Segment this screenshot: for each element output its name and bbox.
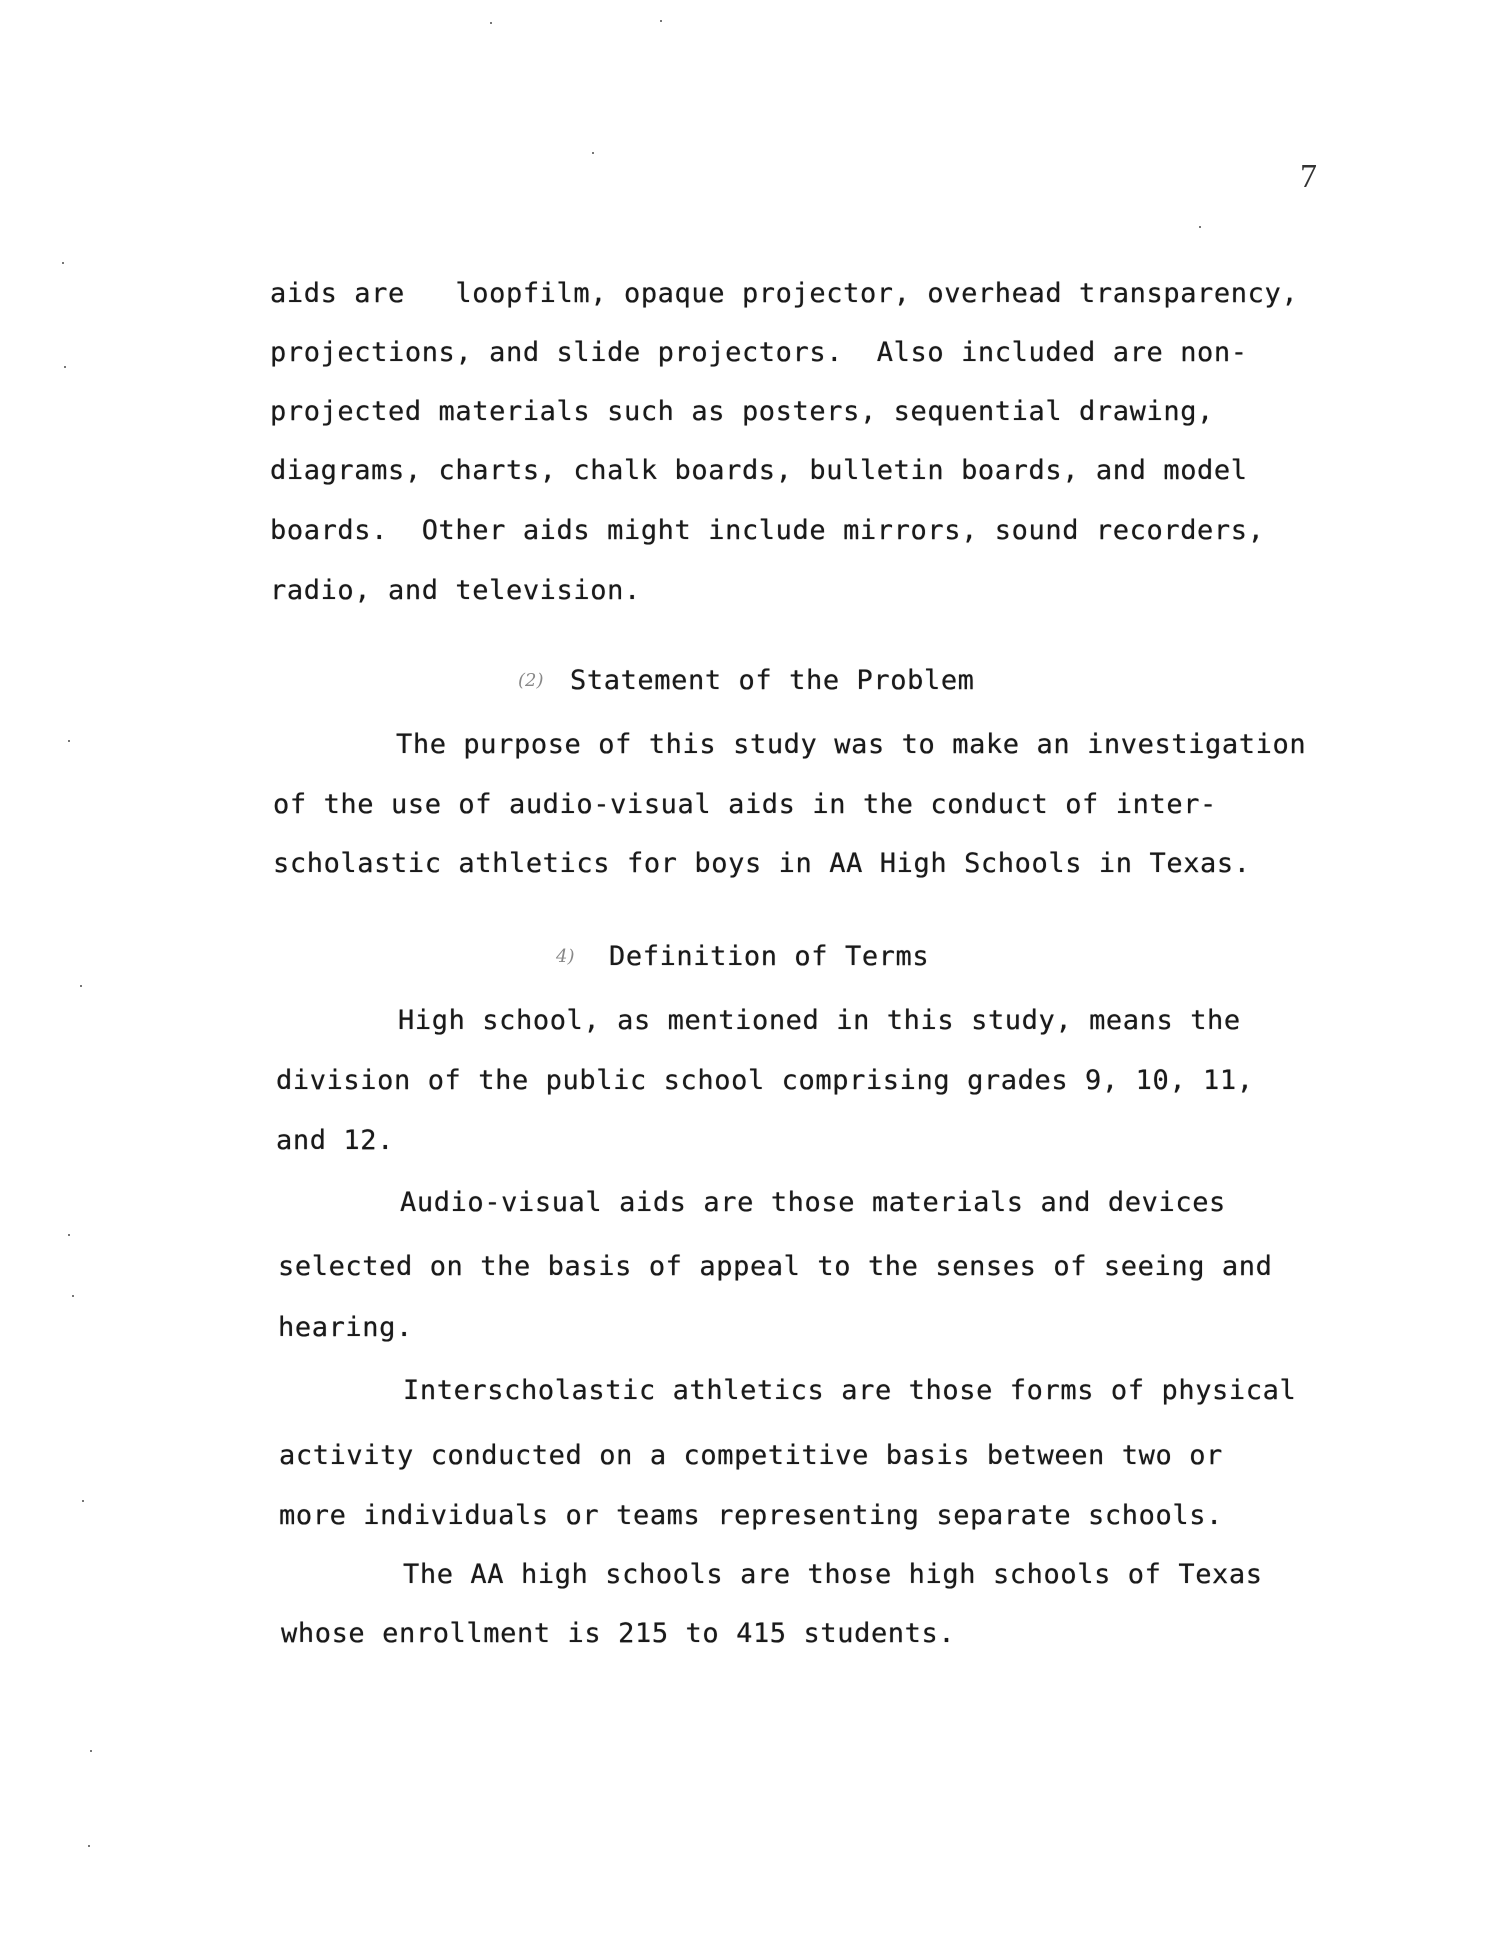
- text-line: aids are loopfilm, opaque projector, ove…: [270, 280, 1298, 307]
- text-line: more individuals or teams representing s…: [279, 1502, 1223, 1529]
- text-line: The purpose of this study was to make an…: [396, 731, 1306, 758]
- scan-speck: [68, 740, 70, 742]
- text-line: diagrams, charts, chalk boards, bulletin…: [270, 457, 1248, 484]
- scan-speck: [72, 1295, 74, 1297]
- scan-speck: [80, 985, 82, 987]
- text-line: projected materials such as posters, seq…: [270, 398, 1214, 425]
- text-line: projections, and slide projectors. Also …: [270, 339, 1248, 366]
- scan-speck: [592, 152, 594, 154]
- text-line: Audio-visual aids are those materials an…: [400, 1189, 1226, 1216]
- scan-speck: [82, 1500, 84, 1502]
- scan-speck: [1199, 226, 1201, 228]
- section-heading: Definition of Terms: [609, 943, 929, 970]
- text-line: boards. Other aids might include mirrors…: [270, 517, 1264, 544]
- text-line: and 12.: [276, 1127, 394, 1154]
- text-line: activity conducted on a competitive basi…: [279, 1442, 1223, 1469]
- page-number: 7: [1300, 158, 1317, 196]
- section-heading: Statement of the Problem: [570, 667, 975, 694]
- text-line: whose enrollment is 215 to 415 students.: [281, 1620, 955, 1647]
- scan-speck: [62, 262, 64, 264]
- handwritten-section-marker: 4): [556, 946, 574, 967]
- text-line: High school, as mentioned in this study,…: [398, 1007, 1241, 1034]
- scan-speck: [490, 22, 492, 24]
- text-line: division of the public school comprising…: [276, 1067, 1254, 1094]
- text-line: of the use of audio-visual aids in the c…: [273, 791, 1217, 818]
- handwritten-section-marker: (2): [518, 670, 544, 691]
- text-line: selected on the basis of appeal to the s…: [278, 1253, 1272, 1280]
- scan-speck: [64, 366, 66, 368]
- scan-speck: [90, 1750, 92, 1752]
- text-line: The AA high schools are those high schoo…: [403, 1561, 1263, 1588]
- text-line: Interscholastic athletics are those form…: [403, 1377, 1296, 1404]
- scan-speck: [88, 1845, 90, 1847]
- scan-speck: [660, 20, 662, 22]
- text-line: scholastic athletics for boys in AA High…: [273, 850, 1251, 877]
- text-line: hearing.: [278, 1314, 413, 1341]
- scan-speck: [68, 1234, 70, 1236]
- text-line: radio, and television.: [270, 577, 641, 604]
